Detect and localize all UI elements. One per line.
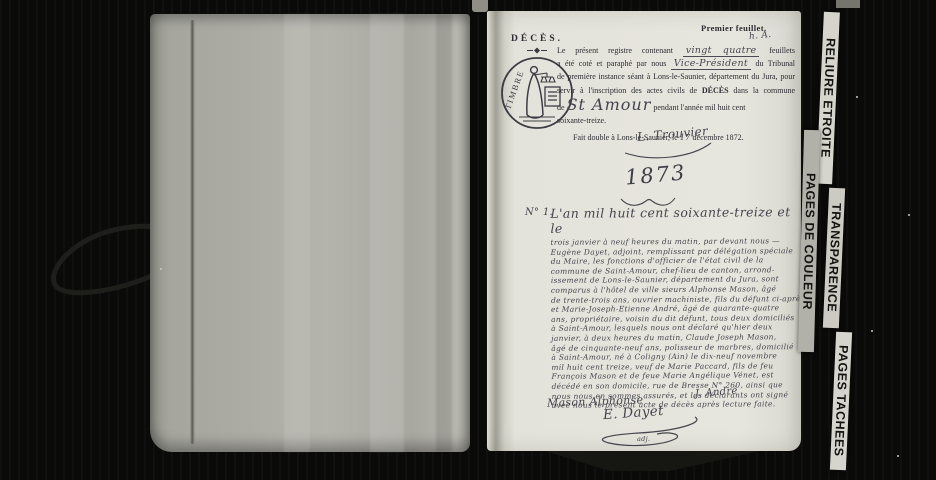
scan-streak [284, 14, 310, 452]
page-edge-tab [836, 0, 860, 8]
signature-flourish-icon [619, 137, 715, 163]
act-number: N° 1. [525, 207, 553, 218]
preamble-line-5: de St Amour pendant l'année mil huit cen… [557, 97, 795, 114]
preamble-line-2: a été coté et paraphé par nous Vice-Prés… [557, 57, 795, 70]
scan-streak [436, 14, 452, 452]
blank-left-page [150, 14, 470, 452]
preamble-line-1: Le présent registre contenant vingt quat… [557, 44, 795, 57]
dust-speck [908, 214, 910, 216]
preamble-line-6: soixante-treize. [557, 114, 795, 127]
register-type-label: DÉCÈS. [511, 34, 563, 44]
page-edge-tab [472, 0, 488, 12]
register-page: Premier feuillet. h. A. DÉCÈS. TIMBRE Le… [487, 11, 801, 451]
manuscript-fill-commune: St Amour [567, 95, 652, 114]
preamble-text: servir à l'inscription des actes civils … [557, 86, 697, 95]
preamble-text: dans la commune [733, 86, 795, 95]
preamble-text: a été coté et paraphé par nous [557, 59, 666, 68]
preamble-text: pendant l'année mil huit cent [653, 103, 745, 112]
year-heading: 1873 [624, 160, 687, 189]
dust-speck [871, 330, 873, 332]
sheet-paraph: h. A. [749, 30, 772, 42]
scan-streak [370, 14, 404, 452]
officer-signature-flourish-icon [579, 409, 709, 451]
deces-inline-bold: DÉCÈS [702, 86, 729, 95]
manuscript-fill-folios: vingt quatre [683, 45, 760, 57]
preamble-text: de [557, 103, 565, 112]
preamble-text: feuillets [769, 46, 795, 55]
preamble-line-3: de première instance séant à Lons-le-Sau… [557, 70, 795, 83]
page-crease [190, 20, 195, 444]
dust-speck [160, 268, 162, 270]
officer-title: adj. [637, 435, 650, 443]
scanned-register-spread: Premier feuillet. h. A. DÉCÈS. TIMBRE Le… [0, 0, 936, 480]
manuscript-fill-officer: Vice-Président [671, 58, 751, 70]
dust-speck [897, 455, 899, 457]
preamble-text: Le présent registre contenant [557, 46, 673, 55]
act-opening-line: L'an mil huit cent soixante-treize et le [550, 204, 793, 236]
dust-speck [842, 391, 844, 393]
act-body: L'an mil huit cent soixante-treize et le… [550, 204, 794, 410]
binding-cord [28, 210, 168, 320]
dust-speck [856, 96, 858, 98]
preamble-text: du Tribunal [755, 59, 795, 68]
